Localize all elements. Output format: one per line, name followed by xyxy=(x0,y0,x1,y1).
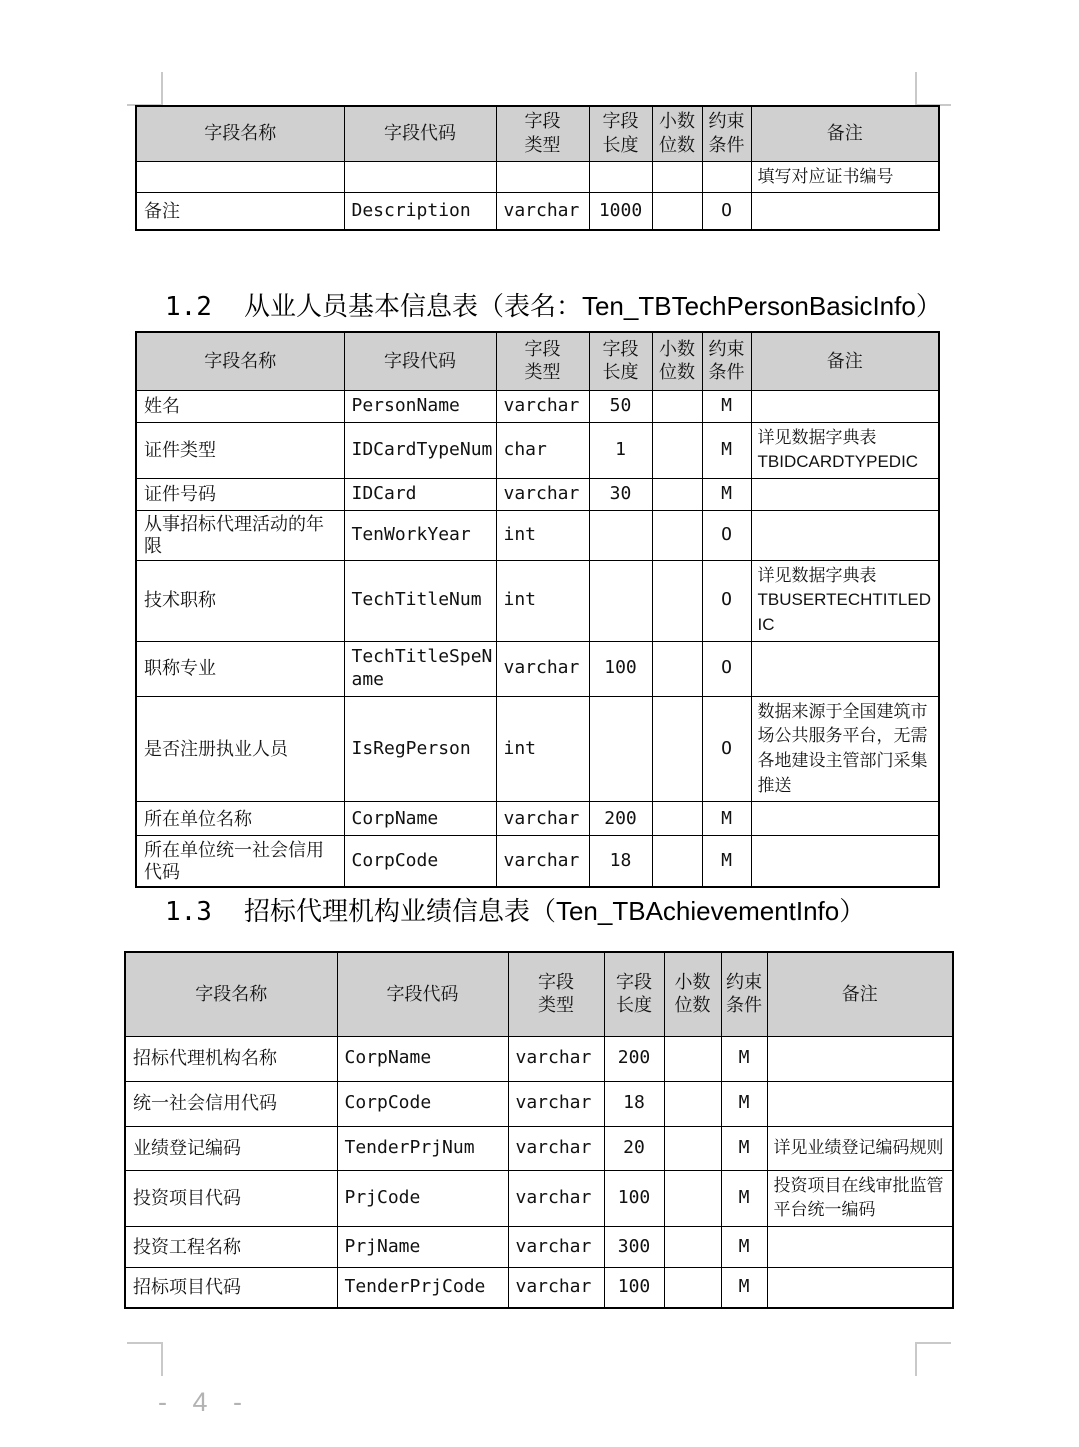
table-cell xyxy=(751,641,939,696)
column-header: 备注 xyxy=(767,952,953,1036)
table-cell xyxy=(589,696,652,802)
table-cell: CorpCode xyxy=(344,836,496,887)
column-header: 备注 xyxy=(751,332,939,390)
table-cell: M xyxy=(702,478,751,510)
table-cell xyxy=(751,478,939,510)
table-cell: 备注 xyxy=(136,193,344,230)
table-row: 所在单位名称CorpNamevarchar200M xyxy=(136,802,939,836)
table-cell: Description xyxy=(344,193,496,230)
table-cell: M xyxy=(721,1267,767,1308)
table-cell: 投资项目在线审批监管平台统一编码 xyxy=(767,1170,953,1226)
table-cell xyxy=(664,1226,721,1267)
table-cell: IDCardTypeNum xyxy=(344,422,496,478)
table-cell: M xyxy=(721,1226,767,1267)
table-cell: PersonName xyxy=(344,390,496,422)
section-title-text: 招标代理机构业绩信息表（Ten_TBAchievementInfo） xyxy=(244,896,865,926)
column-header: 字段 长度 xyxy=(589,106,652,161)
table-cell: varchar xyxy=(508,1126,604,1170)
column-header: 字段名称 xyxy=(125,952,337,1036)
table-cell: M xyxy=(721,1081,767,1126)
table-cell: 业绩登记编码 xyxy=(125,1126,337,1170)
column-header: 小数 位数 xyxy=(652,332,702,390)
table-row: 填写对应证书编号 xyxy=(136,161,939,193)
table-cell: PrjCode xyxy=(337,1170,508,1226)
table-cell xyxy=(664,1081,721,1126)
table-row: 证件号码IDCardvarchar30M xyxy=(136,478,939,510)
table-cell: IDCard xyxy=(344,478,496,510)
table-cell: 100 xyxy=(589,641,652,696)
column-header: 字段名称 xyxy=(136,332,344,390)
table-cell: 200 xyxy=(589,802,652,836)
table-cell xyxy=(652,836,702,887)
table-row: 技术职称TechTitleNumintO详见数据字典表 TBUSERTECHTI… xyxy=(136,560,939,641)
column-header: 约束 条件 xyxy=(721,952,767,1036)
table-cell: varchar xyxy=(496,193,589,230)
page-number: - 4 - xyxy=(158,1387,251,1418)
table-cell: varchar xyxy=(496,641,589,696)
table-cell: O xyxy=(702,641,751,696)
table-cell xyxy=(652,560,702,641)
table-cell: varchar xyxy=(508,1081,604,1126)
table-cell xyxy=(751,802,939,836)
header-row: 字段名称 字段代码 字段 类型 字段 长度 小数 位数 约束 条件 备注 xyxy=(125,952,953,1036)
table-row: 证件类型IDCardTypeNumchar1M详见数据字典表 TBIDCARDT… xyxy=(136,422,939,478)
table-cell: int xyxy=(496,510,589,560)
table-row: 招标代理机构名称CorpNamevarchar200M xyxy=(125,1036,953,1081)
section-number: 1.2 xyxy=(165,292,212,322)
table-cell: varchar xyxy=(508,1170,604,1226)
table-cell: 所在单位名称 xyxy=(136,802,344,836)
column-header: 字段 类型 xyxy=(496,106,589,161)
table-cell: 50 xyxy=(589,390,652,422)
table-cell: PrjName xyxy=(337,1226,508,1267)
table-row: 备注Descriptionvarchar1000O xyxy=(136,193,939,230)
table-cell: 200 xyxy=(604,1036,664,1081)
table-cell: varchar xyxy=(496,478,589,510)
table-cell: 详见数据字典表 TBUSERTECHTITLEDIC xyxy=(751,560,939,641)
column-header: 字段 类型 xyxy=(496,332,589,390)
table-cell xyxy=(751,390,939,422)
table-cell xyxy=(664,1126,721,1170)
column-header: 字段 长度 xyxy=(589,332,652,390)
table-cell xyxy=(344,161,496,193)
table-cell: TenderPrjCode xyxy=(337,1267,508,1308)
table-cell: 300 xyxy=(604,1226,664,1267)
document-page: 字段名称 字段代码 字段 类型 字段 长度 小数 位数 约束 条件 备注 填写对… xyxy=(0,0,1079,1447)
column-header: 小数 位数 xyxy=(664,952,721,1036)
table-cell xyxy=(652,390,702,422)
table-cell: M xyxy=(702,422,751,478)
table-cell: 100 xyxy=(604,1267,664,1308)
table-cell: 18 xyxy=(604,1081,664,1126)
table-cell: O xyxy=(702,560,751,641)
table-cell: 数据来源于全国建筑市场公共服务平台，无需各地建设主管部门采集推送 xyxy=(751,696,939,802)
table-cell xyxy=(652,510,702,560)
table-row: 投资项目代码PrjCodevarchar100M投资项目在线审批监管平台统一编码 xyxy=(125,1170,953,1226)
table-cell xyxy=(589,560,652,641)
table-cell: 证件号码 xyxy=(136,478,344,510)
table-cell: CorpCode xyxy=(337,1081,508,1126)
table-cell: 投资项目代码 xyxy=(125,1170,337,1226)
table-cell xyxy=(664,1267,721,1308)
table-cell xyxy=(589,161,652,193)
table-cell: 招标项目代码 xyxy=(125,1267,337,1308)
table-cell xyxy=(767,1081,953,1126)
column-header: 字段 长度 xyxy=(604,952,664,1036)
person-basic-info-table: 字段名称 字段代码 字段 类型 字段 长度 小数 位数 约束 条件 备注 姓名P… xyxy=(135,331,940,888)
table-cell: TenderPrjNum xyxy=(337,1126,508,1170)
text-boundary-mark-top-left xyxy=(127,72,163,106)
table-cell: char xyxy=(496,422,589,478)
table-row: 所在单位统一社会信用代码CorpCodevarchar18M xyxy=(136,836,939,887)
table-cell xyxy=(702,161,751,193)
table-cell: 招标代理机构名称 xyxy=(125,1036,337,1081)
table-cell: IsRegPerson xyxy=(344,696,496,802)
table-cell: varchar xyxy=(508,1226,604,1267)
table-row: 从事招标代理活动的年限TenWorkYearintO xyxy=(136,510,939,560)
table-cell: varchar xyxy=(508,1036,604,1081)
table-cell xyxy=(664,1036,721,1081)
table-cell: M xyxy=(702,390,751,422)
table-cell: M xyxy=(702,802,751,836)
table-cell: varchar xyxy=(496,836,589,887)
table-cell: CorpName xyxy=(344,802,496,836)
table-cell xyxy=(652,161,702,193)
table-row: 职称专业TechTitleSpeNamevarchar100O xyxy=(136,641,939,696)
text-boundary-mark-bottom-right xyxy=(915,1342,951,1376)
table-cell xyxy=(767,1226,953,1267)
table-cell xyxy=(652,641,702,696)
table-row: 投资工程名称PrjNamevarchar300M xyxy=(125,1226,953,1267)
header-row: 字段名称 字段代码 字段 类型 字段 长度 小数 位数 约束 条件 备注 xyxy=(136,106,939,161)
text-boundary-mark-top-right xyxy=(915,72,951,106)
table-row: 招标项目代码TenderPrjCodevarchar100M xyxy=(125,1267,953,1308)
table-cell: int xyxy=(496,560,589,641)
table-cell: 投资工程名称 xyxy=(125,1226,337,1267)
table-cell xyxy=(652,802,702,836)
table-cell xyxy=(767,1036,953,1081)
table-cell: TenWorkYear xyxy=(344,510,496,560)
table-cell xyxy=(652,696,702,802)
table-cell xyxy=(496,161,589,193)
column-header: 字段代码 xyxy=(344,106,496,161)
table-cell: TechTitleSpeName xyxy=(344,641,496,696)
text-boundary-mark-bottom-left xyxy=(127,1342,163,1376)
table-cell xyxy=(751,836,939,887)
table-cell: 30 xyxy=(589,478,652,510)
table-cell: 详见数据字典表 TBIDCARDTYPEDIC xyxy=(751,422,939,478)
section-title-text: 从业人员基本信息表（表名：Ten_TBTechPersonBasicInfo） xyxy=(244,291,942,321)
column-header: 备注 xyxy=(751,106,939,161)
header-row: 字段名称 字段代码 字段 类型 字段 长度 小数 位数 约束 条件 备注 xyxy=(136,332,939,390)
table-cell: O xyxy=(702,510,751,560)
table-cell: 从事招标代理活动的年限 xyxy=(136,510,344,560)
table-cell: M xyxy=(721,1170,767,1226)
table-cell: 技术职称 xyxy=(136,560,344,641)
column-header: 小数 位数 xyxy=(652,106,702,161)
table-cell: 所在单位统一社会信用代码 xyxy=(136,836,344,887)
table-cell: O xyxy=(702,696,751,802)
table-cell: M xyxy=(721,1036,767,1081)
table-cell xyxy=(589,510,652,560)
table-cell: int xyxy=(496,696,589,802)
table-row: 是否注册执业人员IsRegPersonintO数据来源于全国建筑市场公共服务平台… xyxy=(136,696,939,802)
table-cell: CorpName xyxy=(337,1036,508,1081)
achievement-info-table: 字段名称 字段代码 字段 类型 字段 长度 小数 位数 约束 条件 备注 招标代… xyxy=(124,951,954,1309)
table-cell: O xyxy=(702,193,751,230)
section-title-1-2: 1.2从业人员基本信息表（表名：Ten_TBTechPersonBasicInf… xyxy=(165,286,942,323)
table-cell: 18 xyxy=(589,836,652,887)
table-cell: 1000 xyxy=(589,193,652,230)
table-cell: TechTitleNum xyxy=(344,560,496,641)
table-cell: 100 xyxy=(604,1170,664,1226)
column-header: 字段 类型 xyxy=(508,952,604,1036)
section-number: 1.3 xyxy=(165,897,212,927)
table-cell xyxy=(767,1267,953,1308)
column-header: 字段代码 xyxy=(344,332,496,390)
table-cell: 职称专业 xyxy=(136,641,344,696)
table-cell xyxy=(652,193,702,230)
section-title-1-3: 1.3招标代理机构业绩信息表（Ten_TBAchievementInfo） xyxy=(165,891,865,928)
table-cell: varchar xyxy=(496,802,589,836)
table-cell: 证件类型 xyxy=(136,422,344,478)
column-header: 约束 条件 xyxy=(702,106,751,161)
table-cell: 统一社会信用代码 xyxy=(125,1081,337,1126)
field-table-continued: 字段名称 字段代码 字段 类型 字段 长度 小数 位数 约束 条件 备注 填写对… xyxy=(135,105,940,231)
table-cell xyxy=(652,478,702,510)
table-cell: varchar xyxy=(496,390,589,422)
column-header: 字段名称 xyxy=(136,106,344,161)
table-cell: 1 xyxy=(589,422,652,478)
table-row: 统一社会信用代码CorpCodevarchar18M xyxy=(125,1081,953,1126)
table-cell: 姓名 xyxy=(136,390,344,422)
table-cell: 是否注册执业人员 xyxy=(136,696,344,802)
table-row: 业绩登记编码TenderPrjNumvarchar20M详见业绩登记编码规则 xyxy=(125,1126,953,1170)
column-header: 字段代码 xyxy=(337,952,508,1036)
table-cell: 填写对应证书编号 xyxy=(751,161,939,193)
table-cell: varchar xyxy=(508,1267,604,1308)
table-cell xyxy=(652,422,702,478)
table-cell xyxy=(136,161,344,193)
table-cell: 20 xyxy=(604,1126,664,1170)
table-cell: M xyxy=(721,1126,767,1170)
table-cell xyxy=(751,193,939,230)
table-row: 姓名PersonNamevarchar50M xyxy=(136,390,939,422)
table-cell xyxy=(751,510,939,560)
column-header: 约束 条件 xyxy=(702,332,751,390)
table-cell xyxy=(664,1170,721,1226)
table-cell: M xyxy=(702,836,751,887)
table-cell: 详见业绩登记编码规则 xyxy=(767,1126,953,1170)
